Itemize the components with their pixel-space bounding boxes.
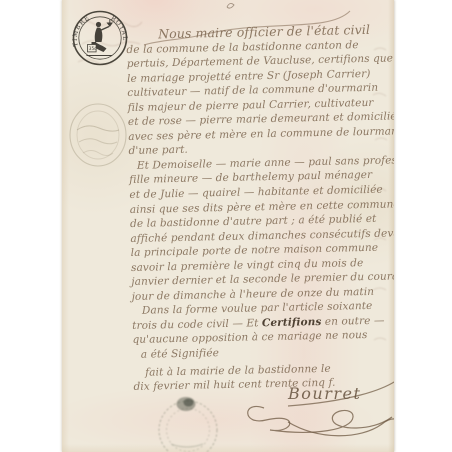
document-page: TIMBRE ROYAL 35c [62,0,394,452]
svg-text:TIMBRE: TIMBRE [72,14,92,47]
manuscript-body: Nous maire officier de l'état civilde la… [126,22,394,394]
signature-flourish [248,406,394,435]
timbre-royal-stamp: TIMBRE ROYAL 35c [71,9,129,67]
stamp-arc-text-left: TIMBRE [72,14,92,47]
faded-ink-stamp-icon [155,392,221,452]
embossed-seal-icon [65,100,131,170]
scanned-document-background: TIMBRE ROYAL 35c [0,0,452,452]
signature-name: Bourret [287,384,361,403]
stamp-tablet-value: 35c [89,46,97,51]
signature-block: Bourret [230,368,394,450]
